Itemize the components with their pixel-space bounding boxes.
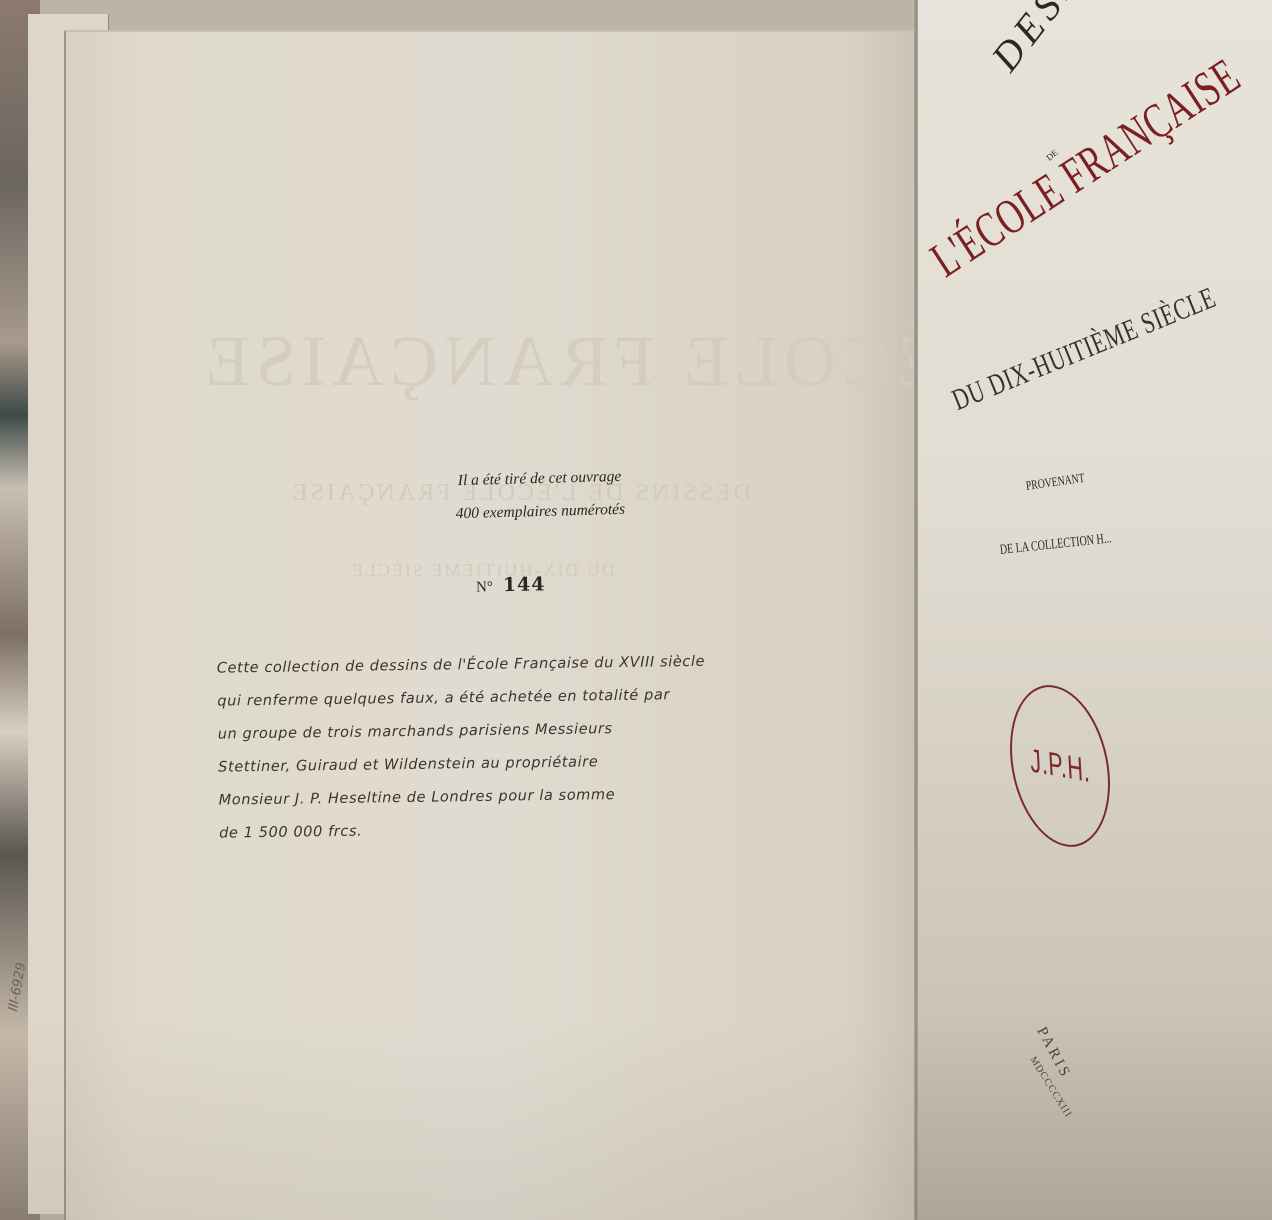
title-ecole-francaise: L'ÉCOLE FRANÇAISE <box>920 46 1250 288</box>
copy-number: N°144 <box>476 573 546 596</box>
stamp-monogram: J.P.H. <box>1029 742 1091 791</box>
copy-number-prefix: N° <box>476 579 493 595</box>
colophon: Il a été tiré de cet ouvrage 400 exempla… <box>419 459 661 531</box>
title-dix-huitieme-siecle: DU DIX-HUITIÈME SIÈCLE <box>948 281 1221 418</box>
copy-number-value: 144 <box>503 573 546 596</box>
title-dessins: DESSINS <box>981 0 1138 80</box>
handwritten-note: Cette collection de dessins de l'École F… <box>217 643 880 850</box>
title-page: DESSINS DE L'ÉCOLE FRANÇAISE DU DIX-HUIT… <box>918 0 1272 1220</box>
left-page <box>64 30 918 1220</box>
title-collection: DE LA COLLECTION H... <box>999 531 1112 559</box>
colophon-line-2: 400 exemplaires numérotés <box>420 492 661 531</box>
jph-stamp: J.P.H. <box>996 676 1124 856</box>
bleed-through-title: L'ÉCOLE FRANÇAISE <box>200 320 1009 403</box>
title-provenant: PROVENANT <box>1025 470 1086 494</box>
